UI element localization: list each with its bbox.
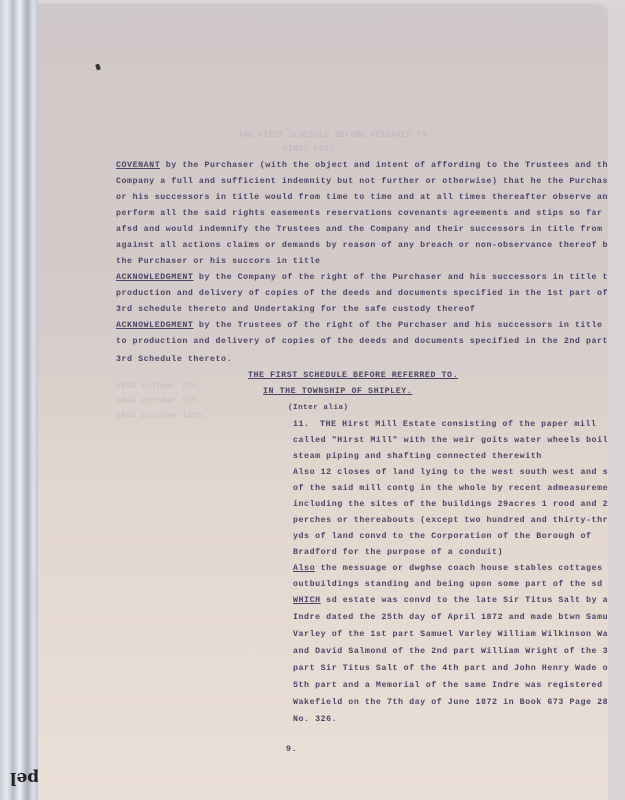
schedule-line-2: called "Hirst Mill" with the weir goits …	[293, 436, 625, 445]
schedule-line-9: Bradford for the purpose of a conduit)	[293, 548, 503, 557]
ack1-line-2: production and delivery of copies of the…	[116, 289, 625, 298]
schedule-line-4: Also 12 closes of land lying to the west…	[293, 468, 625, 477]
schedule-line-5: of the said mill contg in the whole by r…	[293, 484, 619, 493]
ack2-line-1: ACKNOWLEDGMENT by the Trustees of the ri…	[116, 321, 603, 330]
document-page: THE FIRST SCHEDULE BEFORE REFERRED TO. F…	[38, 4, 608, 800]
schedule-line-3: steam piping and shafting connected ther…	[293, 452, 542, 461]
pin-hole-mark	[95, 63, 101, 70]
ack1-line-3: 3rd schedule thereto and Undertaking for…	[116, 305, 475, 314]
ghost-date-3: 1864 October 14th.	[116, 412, 208, 421]
which-line-5: part Sir Titus Salt of the 4th part and …	[293, 664, 625, 673]
covenant-line-4: perform all the said rights easements re…	[116, 209, 619, 218]
covenant-line-7: the Purchaser or his succors in title	[116, 257, 321, 266]
schedule-line-8: yds of land convd to the Corporation of …	[293, 532, 592, 541]
page-number: 9.	[286, 745, 297, 754]
ghost-date-1: 1864 October 5th.	[116, 382, 203, 391]
schedule-title: THE FIRST SCHEDULE BEFORE REFERRED TO.	[248, 371, 458, 380]
item-number: 11.	[293, 420, 310, 429]
schedule-line-1: THE Hirst Mill Estate consisting of the …	[320, 420, 596, 429]
covenant-keyword: COVENANT	[116, 161, 160, 170]
also-keyword: Also	[293, 564, 315, 573]
covenant-line-1: COVENANT by the Purchaser (with the obje…	[116, 161, 614, 170]
schedule-line-7: perches or thereabouts (except two hundr…	[293, 516, 625, 525]
covenant-line-2: Company a full and sufficient indemnity …	[116, 177, 619, 186]
ack1-keyword: ACKNOWLEDGMENT	[116, 273, 193, 282]
ack1-line-1: ACKNOWLEDGMENT by the Company of the rig…	[116, 273, 614, 282]
covenant-line-3: or his successors in title would from ti…	[116, 193, 614, 202]
ghost-subheading: FIRST PART	[283, 145, 334, 154]
which-line-6: 5th part and a Memorial of the same Indr…	[293, 681, 619, 690]
which-line-1: WHICH sd estate was convd to the late Si…	[293, 596, 614, 605]
ghost-date-2: 1864 October 5th.	[116, 397, 203, 406]
binding-strip: pel	[0, 0, 38, 800]
covenant-line-6: against all actions claims or demands by…	[116, 241, 614, 250]
ack2-line-2: to production and delivery of copies of …	[116, 337, 625, 346]
which-line-2: Indre dated the 25th day of April 1872 a…	[293, 613, 619, 622]
also-line-1: Also the messuage or dwghse coach house …	[293, 564, 625, 573]
ack2-keyword: ACKNOWLEDGMENT	[116, 321, 193, 330]
which-line-8: No. 326.	[293, 715, 337, 724]
which-line-3: Varley of the 1st part Samuel Varley Wil…	[293, 630, 625, 639]
which-line-4: and David Salmond of the 2nd part Willia…	[293, 647, 619, 656]
which-keyword: WHICH	[293, 596, 321, 605]
covenant-line-5: afsd and would indemnify the Trustees an…	[116, 225, 625, 234]
ack2-line-3: 3rd Schedule thereto.	[116, 355, 232, 364]
binding-label: pel	[10, 768, 39, 788]
also-line-2: outbuildings standing and being upon som…	[293, 580, 625, 589]
which-line-7: Wakefield on the 7th day of June 1872 in…	[293, 698, 614, 707]
inter-alia: (Inter alia)	[288, 404, 349, 412]
schedule-line-6: including the sites of the buildings 29a…	[293, 500, 614, 509]
schedule-subtitle: IN THE TOWNSHIP OF SHIPLEY.	[263, 387, 412, 396]
ghost-heading: THE FIRST SCHEDULE BEFORE REFERRED TO.	[238, 131, 432, 140]
